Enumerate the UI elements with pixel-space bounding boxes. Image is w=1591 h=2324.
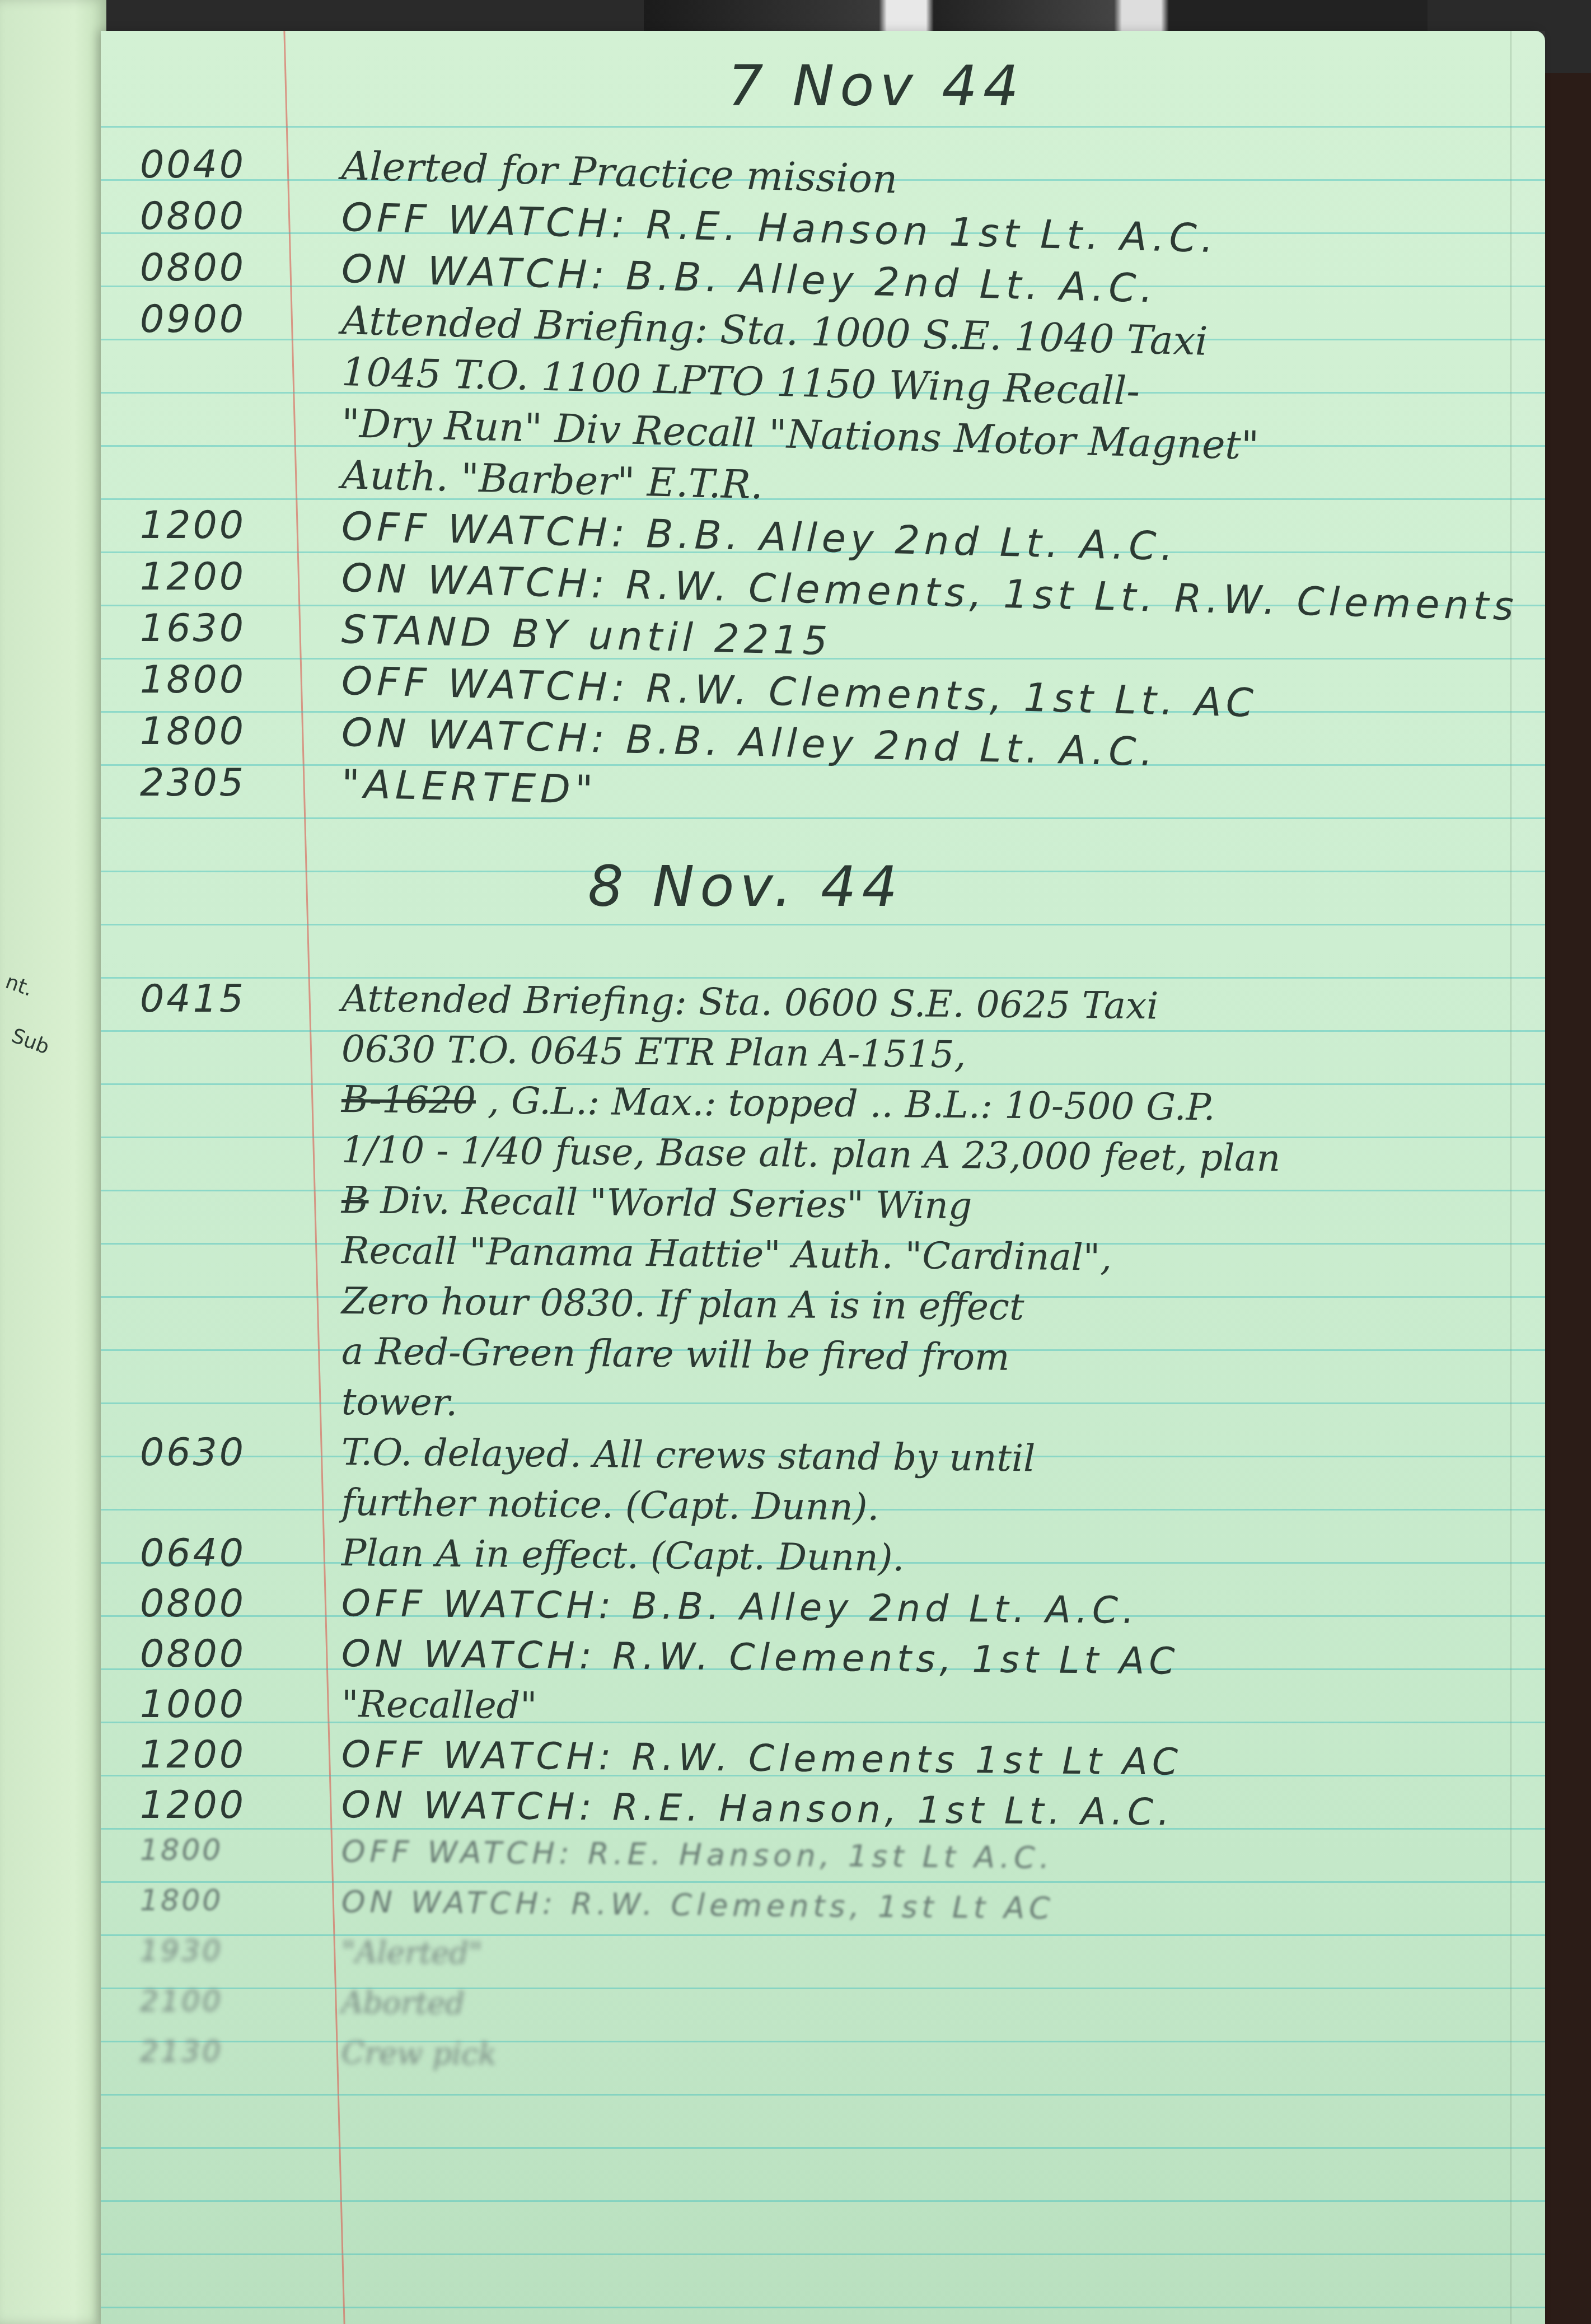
- entry-text: 1/10 - 1/40 fuse, Base alt. plan A 23,00…: [341, 1128, 1281, 1180]
- entry-time: 0640: [140, 1531, 246, 1575]
- entry-text: "Alerted": [341, 1934, 483, 1971]
- entry-time: 0800: [140, 194, 246, 239]
- entry-time: 1630: [140, 606, 246, 651]
- date-heading: 7 Nov 44: [728, 53, 1024, 119]
- entry-time: 1000: [140, 1682, 246, 1727]
- entry-time: 1800: [140, 658, 246, 702]
- ruled-line: [101, 1402, 1545, 1404]
- margin-note: Sub: [8, 1025, 52, 1059]
- entry-time: 0040: [140, 143, 246, 187]
- entry-time: 2100: [140, 1985, 223, 2018]
- struck-text: B: [341, 1179, 369, 1222]
- ruled-line: [101, 817, 1545, 819]
- entry-text: tower.: [341, 1380, 458, 1424]
- ruled-line: [101, 1988, 1545, 1989]
- entry-text: Aborted: [341, 1985, 465, 2021]
- background-objects: [644, 0, 1428, 34]
- entry-time: 1930: [140, 1934, 223, 1968]
- entry-time: 1200: [140, 555, 246, 599]
- entry-text: OFF WATCH: R.E. Hanson, 1st Lt A.C.: [341, 1834, 1054, 1876]
- entry-time: 1800: [140, 709, 246, 754]
- entry-text: Zero hour 0830. If plan A is in effect: [341, 1279, 1024, 1329]
- entry-text: OFF WATCH: B.B. Alley 2nd Lt. A.C.: [341, 1582, 1139, 1632]
- ruled-line: [101, 1934, 1545, 1936]
- entry-text: B Div. Recall "World Series" Wing: [341, 1179, 972, 1227]
- entry-time: 1800: [140, 1834, 223, 1867]
- ruled-line: [101, 1881, 1545, 1883]
- ruled-line: [101, 2147, 1545, 2149]
- ruled-line: [101, 924, 1545, 925]
- struck-text: B-1620: [341, 1078, 476, 1122]
- entry-time: 1200: [140, 1783, 246, 1827]
- entry-text: ON WATCH: R.W. Clements, 1st Lt AC: [341, 1884, 1055, 1926]
- margin-note: nt.: [2, 970, 35, 1001]
- ruled-line: [101, 977, 1545, 979]
- entry-time: 0800: [140, 1632, 246, 1676]
- ruled-line: [101, 498, 1545, 500]
- entry-text: T.O. delayed. All crews stand by until: [341, 1430, 1036, 1480]
- entry-continuation: , G.L.: Max.: topped .. B.L.: 10-500 G.P…: [476, 1079, 1215, 1129]
- entry-text: B-1620 , G.L.: Max.: topped .. B.L.: 10-…: [341, 1078, 1215, 1129]
- ruled-line: [101, 2094, 1545, 2096]
- log-page: 7 Nov 44 0040Alerted for Practice missio…: [101, 31, 1545, 2324]
- entry-time: 1200: [140, 503, 246, 548]
- entry-text: "ALERTED": [341, 761, 598, 813]
- margin-line: [283, 31, 345, 2324]
- entry-time: 0800: [140, 246, 246, 290]
- entry-text: further notice. (Capt. Dunn).: [341, 1481, 879, 1529]
- entry-text: ON WATCH: R.E. Hanson, 1st Lt. A.C.: [341, 1783, 1174, 1834]
- entry-text: Alerted for Practice mission: [341, 143, 898, 202]
- entry-text: Attended Briefing: Sta. 0600 S.E. 0625 T…: [341, 977, 1159, 1027]
- entry-time: 1200: [140, 1733, 246, 1777]
- ruled-line: [101, 126, 1545, 128]
- entry-time: 2305: [140, 761, 246, 805]
- entry-text: Plan A in effect. (Capt. Dunn).: [341, 1531, 905, 1579]
- entry-time: 0415: [140, 977, 246, 1021]
- entry-text: a Red-Green flare will be fired from: [341, 1330, 1010, 1379]
- entry-text: OFF WATCH: R.W. Clements 1st Lt AC: [341, 1733, 1183, 1784]
- entry-text: "Recalled": [341, 1682, 537, 1727]
- book-cover: [1545, 73, 1591, 2324]
- ruled-line: [101, 2200, 1545, 2202]
- entry-text: STAND BY until 2215: [341, 606, 832, 664]
- entry-text: Crew pick: [341, 2035, 497, 2072]
- left-page-edge: nt. Sub: [0, 0, 106, 2324]
- entry-time: 0900: [140, 297, 246, 342]
- ruled-line: [101, 2253, 1545, 2255]
- ruled-line: [101, 2307, 1545, 2308]
- page-edge: [1510, 31, 1545, 2324]
- entry-time: 1800: [140, 1884, 223, 1918]
- ruled-line: [101, 2041, 1545, 2042]
- entry-time: 0630: [140, 1430, 246, 1475]
- entry-time: 2130: [140, 2035, 223, 2069]
- entry-time: 0800: [140, 1582, 246, 1626]
- entry-text: ON WATCH: R.W. Clements, 1st Lt AC: [341, 1632, 1180, 1683]
- entry-text: Recall "Panama Hattie" Auth. "Cardinal",: [341, 1229, 1112, 1279]
- entry-text: 0630 T.O. 0645 ETR Plan A-1515,: [341, 1027, 966, 1076]
- date-heading: 8 Nov. 44: [588, 854, 903, 919]
- entry-continuation: Div. Recall "World Series" Wing: [368, 1179, 972, 1227]
- ruled-line: [101, 1722, 1545, 1723]
